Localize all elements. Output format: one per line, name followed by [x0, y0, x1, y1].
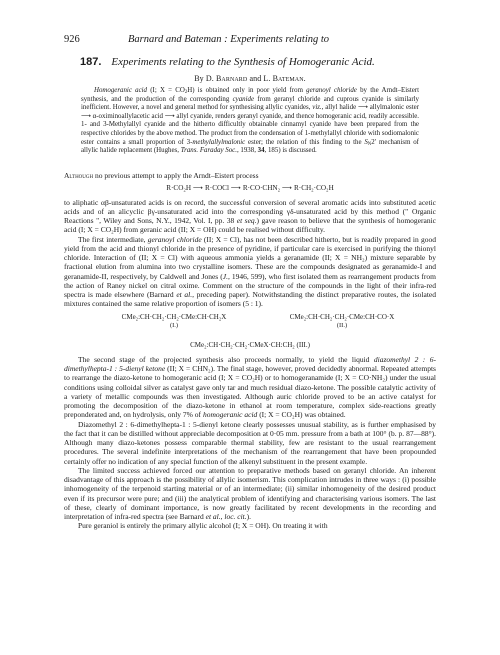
formula-text: CMe₂:CH·CH₂·CH₂·CMe:CH·CO·X: [290, 313, 395, 321]
author2-initial: L.: [263, 74, 270, 83]
article-title-text: Experiments relating to the Synthesis of…: [111, 56, 374, 68]
body-text: The second stage of the projected synthe…: [78, 355, 374, 364]
byline: By D. Barnard and L. Bateman.: [0, 74, 500, 83]
body-paragraph-5: The limited success achieved forced our …: [64, 466, 436, 522]
author1-name: Barnard: [216, 74, 247, 83]
body-paragraph-3: The second stage of the projected synthe…: [64, 355, 436, 420]
formula-I: CMe₂:CH·CH₂·CH₂·CMe:CH·CH₂X (I.): [104, 313, 244, 330]
byline-and: and: [249, 74, 261, 83]
body-italic: homogeranic acid: [203, 410, 257, 419]
article-body: Although no previous attempt to apply th…: [64, 171, 436, 531]
body-paragraph-1-cont: to aliphatic αβ-unsaturated acids is on …: [64, 198, 436, 235]
body-paragraph-2: The first intermediate, geranoyl chlorid…: [64, 235, 436, 309]
abstract-text: ester; the relation of this finding to t…: [245, 139, 364, 146]
formula-label: (I.): [104, 322, 244, 330]
volume-number: 34: [258, 147, 265, 154]
author2-name: Bateman.: [273, 74, 306, 83]
body-paragraph-4: Diazomethyl 2 : 6-dimethylhepta-1 : 5-di…: [64, 420, 436, 466]
abstract-text: H) is obtained only in poor yield from: [187, 87, 306, 94]
formula-III: CMe₂:CH·CH₂·CH₂·CMeX·CH:CH₂ (III.): [64, 341, 436, 350]
abstract-term: Homogeranic acid: [94, 87, 147, 94]
formula-label: (II.): [272, 322, 412, 330]
body-text: ).: [247, 512, 251, 521]
abstract-term: viz.: [312, 104, 321, 111]
body-italic: et seq.: [237, 216, 257, 225]
abstract-text: (I; X = CO: [147, 87, 185, 94]
abstract-term: geranoyl chloride: [306, 87, 357, 94]
page-number: 926: [64, 34, 80, 45]
abstract-term: methylallylmalonic: [192, 139, 245, 146]
abstract: Homogeranic acid (I; X = CO2H) is obtain…: [81, 87, 419, 156]
abstract-term: cyanide: [233, 96, 254, 103]
body-text: The first intermediate,: [78, 235, 148, 244]
body-paragraph-6: Pure geraniol is entirely the primary al…: [64, 521, 436, 530]
body-text: (I; X = CO₂H) was obtained.: [257, 410, 345, 419]
structural-formulas: CMe₂:CH·CH₂·CH₂·CMe:CH·CH₂X (I.) CMe₂:CH…: [64, 313, 436, 339]
journal-page: 926 Barnard and Bateman : Experiments re…: [0, 0, 500, 655]
author1-initial: D.: [206, 74, 214, 83]
running-head: 926 Barnard and Bateman : Experiments re…: [64, 34, 444, 48]
abstract-text: , 1938,: [237, 147, 258, 154]
body-text: no previous attempt to apply the Arndt–E…: [93, 171, 258, 180]
byline-by: By: [194, 74, 204, 83]
article-number: 187.: [80, 56, 101, 68]
lead-word: Although: [64, 171, 93, 180]
body-paragraph-1: Although no previous attempt to apply th…: [64, 171, 436, 180]
arndt-eistert-equation: R·CO₂H ⟶ R·COCl ⟶ R·CO·CHN₂ ⟶ R·CH₂·CO₂H: [64, 184, 436, 193]
abstract-paragraph: Homogeranic acid (I; X = CO2H) is obtain…: [81, 87, 419, 156]
body-italic: et al., loc. cit.: [206, 512, 247, 521]
body-italic: et al.: [176, 290, 192, 299]
formula-II: CMe₂:CH·CH₂·CH₂·CMe:CH·CO·X (II.): [272, 313, 412, 330]
journal-citation: Trans. Faraday Soc.: [181, 147, 237, 154]
article-title: 187.Experiments relating to the Synthesi…: [80, 56, 440, 68]
body-italic: geranoyl chloride: [148, 235, 202, 244]
abstract-text: , 185) is discussed.: [265, 147, 317, 154]
formula-text: CMe₂:CH·CH₂·CH₂·CMe:CH·CH₂X: [122, 313, 227, 321]
running-title: Barnard and Bateman : Experiments relati…: [128, 34, 329, 45]
